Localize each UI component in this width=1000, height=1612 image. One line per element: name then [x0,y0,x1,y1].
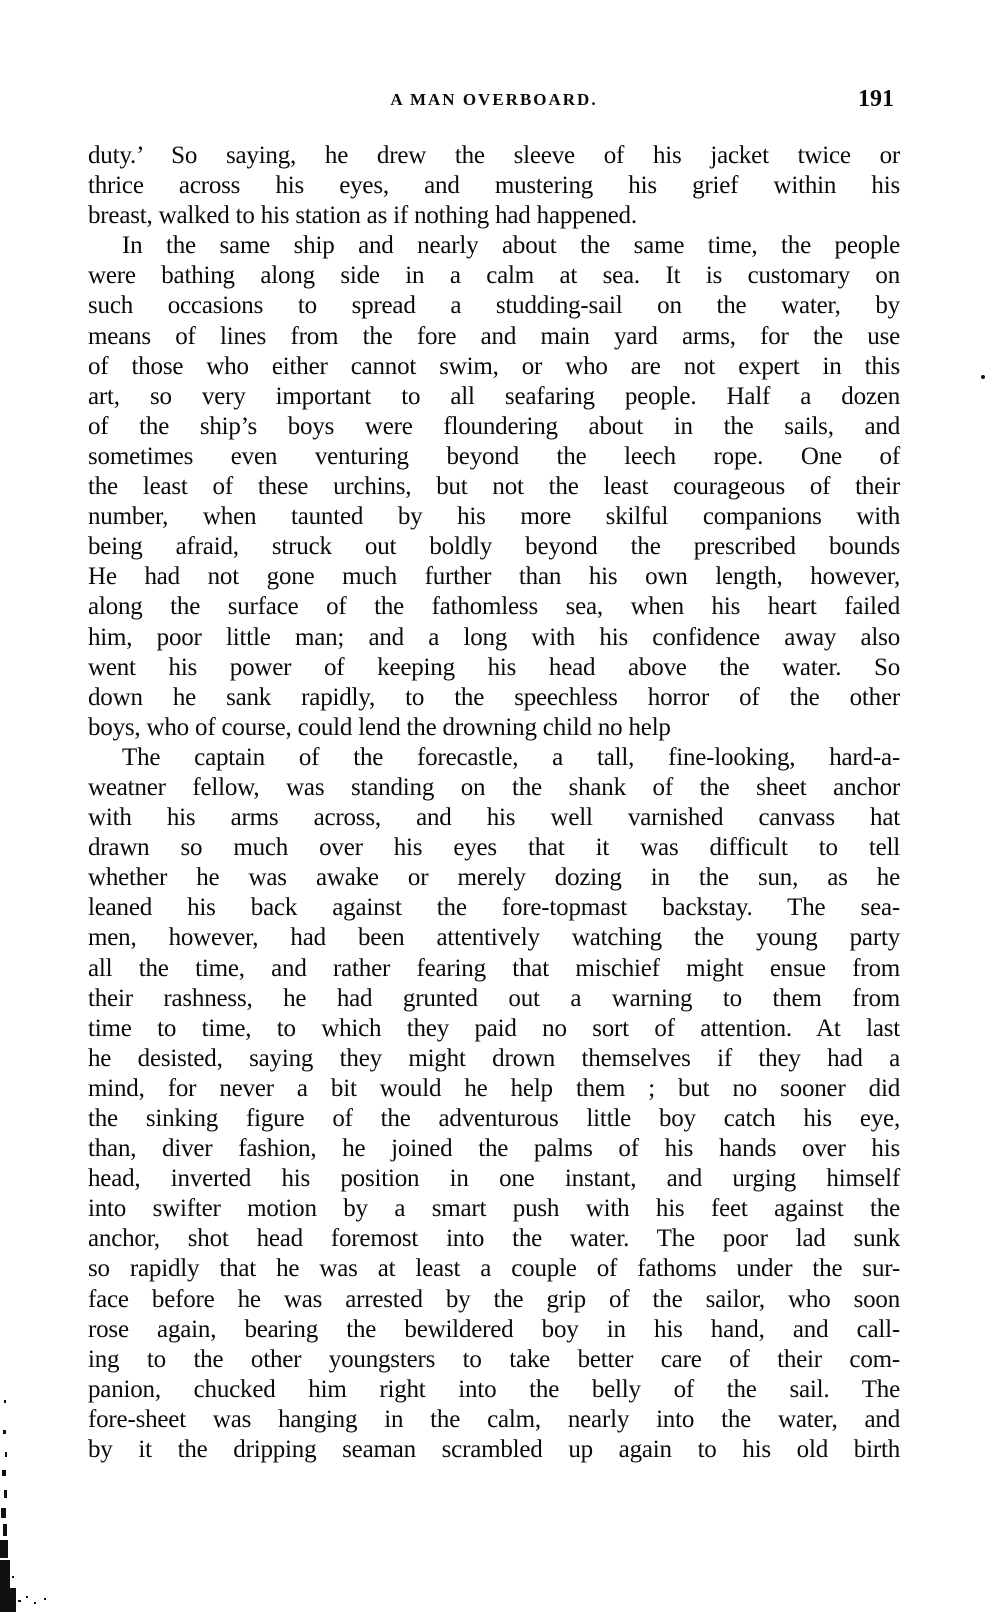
text-line: rose again, bearing the bewildered boy i… [88,1315,900,1345]
text-line: duty.’ So saying, he drew the sleeve of … [88,141,900,171]
text-line: were bathing along side in a calm at sea… [88,261,900,291]
text-line: the sinking figure of the adventurous li… [88,1104,900,1134]
text-line: all the time, and rather fearing that mi… [88,954,900,984]
text-line: In the same ship and nearly about the sa… [88,231,900,261]
text-line: he desisted, saying they might drown the… [88,1044,900,1074]
text-line: boys, who of course, could lend the drow… [88,713,900,743]
text-line: went his power of keeping his head above… [88,653,900,683]
text-line: face before he was arrested by the grip … [88,1285,900,1315]
text-line: ing to the other youngsters to take bett… [88,1345,900,1375]
text-line: along the surface of the fathomless sea,… [88,592,900,622]
text-line: whether he was awake or merely dozing in… [88,863,900,893]
text-line: He had not gone much further than his ow… [88,562,900,592]
text-line: of the ship’s boys were floundering abou… [88,412,900,442]
text-line: him, poor little man; and a long with hi… [88,623,900,653]
text-line: than, diver fashion, he joined the palms… [88,1134,900,1164]
text-line: breast, walked to his station as if noth… [88,201,900,231]
text-line: time to time, to which they paid no sort… [88,1014,900,1044]
text-line: of those who either cannot swim, or who … [88,352,900,382]
text-line: such occasions to spread a studding-sail… [88,291,900,321]
text-line: means of lines from the fore and main ya… [88,322,900,352]
text-line: their rashness, he had grunted out a war… [88,984,900,1014]
text-line: being afraid, struck out boldly beyond t… [88,532,900,562]
text-line: into swifter motion by a smart push with… [88,1194,900,1224]
text-line: weatner fellow, was standing on the shan… [88,773,900,803]
text-line: sometimes even venturing beyond the leec… [88,442,900,472]
text-line: down he sank rapidly, to the speechless … [88,683,900,713]
running-head: A MAN OVERBOARD. 191 [88,86,900,112]
text-line: the least of these urchins, but not the … [88,472,900,502]
text-line: anchor, shot head foremost into the wate… [88,1224,900,1254]
page-number: 191 [858,86,894,113]
text-line: leaned his back against the fore-topmast… [88,893,900,923]
margin-speck [981,375,985,379]
text-line: thrice across his eyes, and mustering hi… [88,171,900,201]
text-line: art, so very important to all seafaring … [88,382,900,412]
book-page: A MAN OVERBOARD. 191 duty.’ So saying, h… [0,0,1000,1612]
binding-edge-scan-artifact [0,1390,60,1612]
text-line: mind, for never a bit would he help them… [88,1074,900,1104]
text-line: The captain of the forecastle, a tall, f… [88,743,900,773]
text-line: men, however, had been attentively watch… [88,923,900,953]
text-line: so rapidly that he was at least a couple… [88,1254,900,1284]
body-text: duty.’ So saying, he drew the sleeve of … [88,141,900,1465]
running-title: A MAN OVERBOARD. [88,90,900,110]
text-line: drawn so much over his eyes that it was … [88,833,900,863]
text-line: by it the dripping seaman scrambled up a… [88,1435,900,1465]
text-line: number, when taunted by his more skilful… [88,502,900,532]
text-line: head, inverted his position in one insta… [88,1164,900,1194]
text-line: fore-sheet was hanging in the calm, near… [88,1405,900,1435]
text-line: panion, chucked him right into the belly… [88,1375,900,1405]
text-line: with his arms across, and his well varni… [88,803,900,833]
